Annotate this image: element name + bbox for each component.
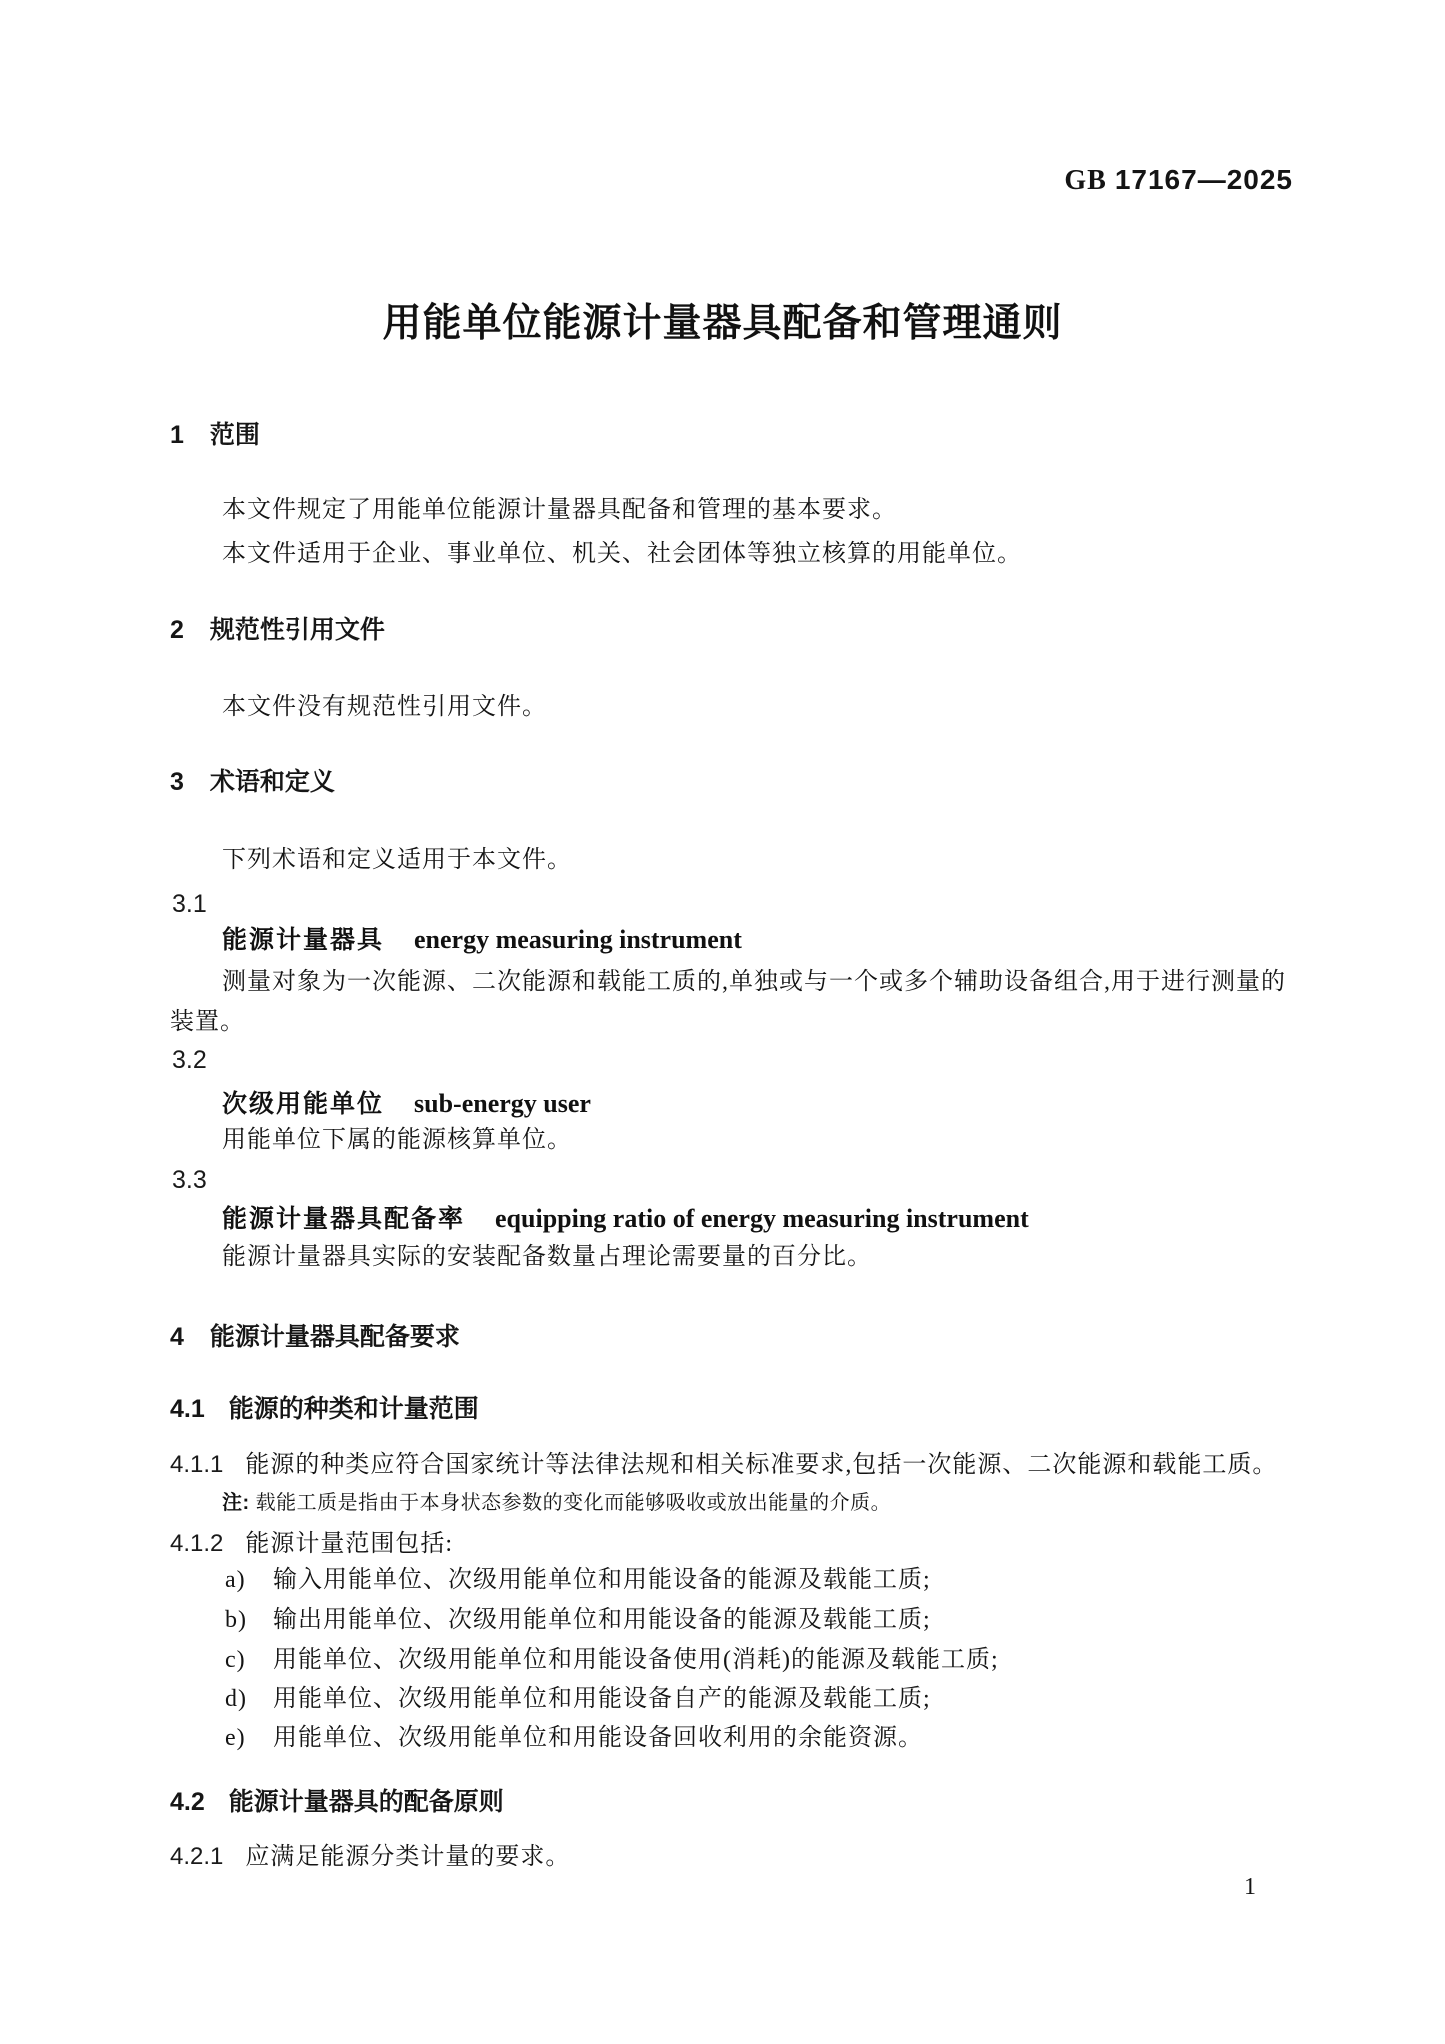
section-3-number: 3 — [170, 767, 184, 797]
document-title: 用能单位能源计量器具配备和管理通则 — [0, 292, 1445, 348]
doc-code: GB17167—2025 — [1064, 164, 1293, 197]
section-2-title: 规范性引用文件 — [210, 616, 385, 644]
term-3-1: 能源计量器具energy measuring instrument — [222, 925, 742, 956]
page-number: 1 — [1244, 1874, 1256, 1901]
list-item-c-text: 用能单位、次级用能单位和用能设备使用(消耗)的能源及载能工质; — [273, 1640, 1285, 1680]
list-item-e: e) 用能单位、次级用能单位和用能设备回收利用的余能资源。 — [225, 1718, 1285, 1758]
list-item-b: b) 输出用能单位、次级用能单位和用能设备的能源及载能工质; — [225, 1600, 1285, 1640]
note-label: 注: — [222, 1492, 250, 1514]
clause-4-1-1-number: 4.1.1 — [170, 1451, 223, 1478]
term-3-2: 次级用能单位sub-energy user — [222, 1089, 591, 1120]
document-page: { "header": { "prefix": "GB", "code": "1… — [0, 0, 1445, 2044]
section-2-heading: 2规范性引用文件 — [170, 615, 385, 645]
list-item-d: d) 用能单位、次级用能单位和用能设备自产的能源及载能工质; — [225, 1679, 1285, 1719]
section-3-heading: 3术语和定义 — [170, 767, 335, 797]
list-item-d-text: 用能单位、次级用能单位和用能设备自产的能源及载能工质; — [273, 1679, 1285, 1719]
list-item-e-label: e) — [225, 1718, 273, 1758]
clause-4-1-2-text: 能源计量范围包括: — [245, 1531, 453, 1557]
section-1-number: 1 — [170, 420, 184, 450]
list-item-a-text: 输入用能单位、次级用能单位和用能设备的能源及载能工质; — [273, 1560, 1285, 1600]
section-4-2-title: 能源计量器具的配备原则 — [229, 1788, 504, 1816]
section-3-title: 术语和定义 — [210, 768, 335, 796]
note-4-1-1: 注:载能工质是指由于本身状态参数的变化而能够吸收或放出能量的介质。 — [222, 1488, 1232, 1518]
clause-4-1-1-text: 能源的种类应符合国家统计等法律法规和相关标准要求,包括一次能源、二次能源和载能工… — [245, 1452, 1277, 1478]
list-item-b-text: 输出用能单位、次级用能单位和用能设备的能源及载能工质; — [273, 1600, 1285, 1640]
section-1-paragraph-1: 本文件规定了用能单位能源计量器具配备和管理的基本要求。 — [170, 490, 1298, 530]
section-2-number: 2 — [170, 615, 184, 645]
term-3-1-number: 3.1 — [172, 889, 207, 919]
clause-4-1-1: 4.1.1能源的种类应符合国家统计等法律法规和相关标准要求,包括一次能源、二次能… — [170, 1445, 1300, 1485]
list-item-a: a) 输入用能单位、次级用能单位和用能设备的能源及载能工质; — [225, 1560, 1285, 1600]
term-3-1-english: energy measuring instrument — [414, 925, 742, 954]
clause-4-2-1: 4.2.1应满足能源分类计量的要求。 — [170, 1837, 1300, 1877]
section-4-number: 4 — [170, 1322, 184, 1352]
section-1-paragraph-2: 本文件适用于企业、事业单位、机关、社会团体等独立核算的用能单位。 — [170, 534, 1298, 574]
clause-4-1-2-number: 4.1.2 — [170, 1530, 223, 1557]
section-4-2-heading: 4.2能源计量器具的配备原则 — [170, 1787, 504, 1817]
term-3-3-english: equipping ratio of energy measuring inst… — [495, 1204, 1029, 1233]
list-item-e-text: 用能单位、次级用能单位和用能设备回收利用的余能资源。 — [273, 1718, 1285, 1758]
term-3-3-definition: 能源计量器具实际的安装配备数量占理论需要量的百分比。 — [170, 1237, 1298, 1277]
section-4-1-title: 能源的种类和计量范围 — [229, 1395, 479, 1423]
section-1-title: 范围 — [210, 421, 260, 449]
term-3-2-definition: 用能单位下属的能源核算单位。 — [170, 1120, 1298, 1160]
list-item-c-label: c) — [225, 1640, 273, 1680]
term-3-1-chinese: 能源计量器具 — [222, 926, 384, 954]
term-3-3: 能源计量器具配备率equipping ratio of energy measu… — [222, 1204, 1029, 1235]
list-item-a-label: a) — [225, 1560, 273, 1600]
clause-4-2-1-number: 4.2.1 — [170, 1843, 223, 1870]
section-4-heading: 4能源计量器具配备要求 — [170, 1322, 460, 1352]
term-3-1-definition: 测量对象为一次能源、二次能源和载能工质的,单独或与一个或多个辅助设备组合,用于进… — [170, 962, 1298, 1042]
note-text: 载能工质是指由于本身状态参数的变化而能够吸收或放出能量的介质。 — [256, 1492, 892, 1514]
list-item-c: c) 用能单位、次级用能单位和用能设备使用(消耗)的能源及载能工质; — [225, 1640, 1285, 1680]
section-3-intro: 下列术语和定义适用于本文件。 — [170, 840, 1298, 880]
term-3-2-chinese: 次级用能单位 — [222, 1090, 384, 1118]
doc-code-prefix: GB — [1064, 165, 1106, 196]
section-4-2-number: 4.2 — [170, 1787, 205, 1817]
doc-code-number: 17167—2025 — [1115, 164, 1293, 195]
section-4-1-heading: 4.1能源的种类和计量范围 — [170, 1394, 479, 1424]
section-1-heading: 1范围 — [170, 420, 260, 450]
term-3-3-chinese: 能源计量器具配备率 — [222, 1205, 465, 1233]
list-item-d-label: d) — [225, 1679, 273, 1719]
section-2-paragraph-1: 本文件没有规范性引用文件。 — [170, 687, 1298, 727]
term-3-3-number: 3.3 — [172, 1165, 207, 1195]
clause-4-1-2: 4.1.2能源计量范围包括: — [170, 1524, 1300, 1564]
term-3-2-number: 3.2 — [172, 1045, 207, 1075]
section-4-1-number: 4.1 — [170, 1394, 205, 1424]
section-4-title: 能源计量器具配备要求 — [210, 1323, 460, 1351]
clause-4-2-1-text: 应满足能源分类计量的要求。 — [245, 1844, 570, 1870]
list-item-b-label: b) — [225, 1600, 273, 1640]
term-3-2-english: sub-energy user — [414, 1089, 591, 1118]
